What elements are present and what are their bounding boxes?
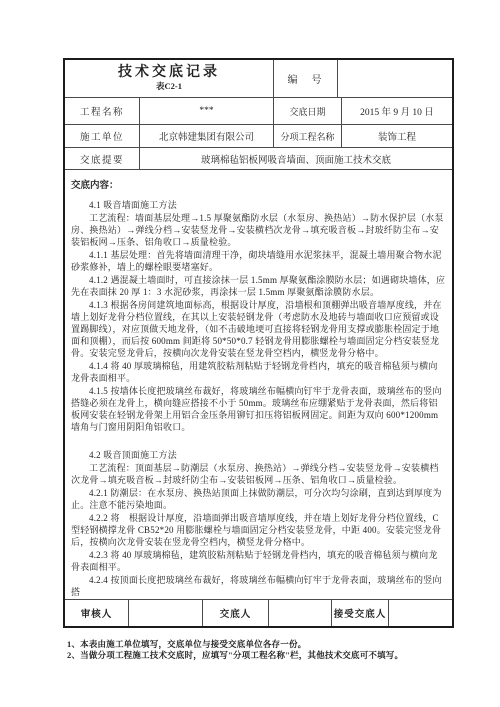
- project-name-value: ***: [140, 98, 274, 124]
- content-body: 4.1 吸音墙面施工方法工艺流程：墙面基层处理→1.5 厚聚氨酯防水层（水泵房、…: [71, 199, 446, 598]
- content-paragraph: 4.1.2 遇混凝土墙面时，可直接涂抹一层 1.5mm 厚聚氨酯涂膜防水层；如遇…: [71, 274, 446, 298]
- content-cell: 交底内容： 4.1 吸音墙面施工方法工艺流程：墙面基层处理→1.5 厚聚氨酯防水…: [65, 170, 452, 599]
- content-paragraph: 4.1.1 基层处理：首先将墙面清理干净，砌块墙缝用水泥浆抹平，混凝土墙用聚合物…: [71, 249, 446, 273]
- signature-row: 审核人 交底人 接受交底人: [65, 600, 452, 626]
- discloser-label: 交底人: [203, 600, 269, 626]
- title-row: 技术交底记录 表C2-1 编 号: [65, 60, 452, 98]
- content-paragraph: 4.2.2 将 根据设计厚度，沿墙面弹出吸音墙厚度线，并在墙上划好龙骨分档位置线…: [71, 512, 446, 548]
- content-paragraph: 4.2 吸音顶面施工方法: [71, 449, 446, 461]
- footnote-line: 2、当做分项工程施工技术交底时，应填写"分项工程名称"栏，其他技术交底可不填写。: [67, 650, 467, 661]
- discloser-signature-cell: [269, 600, 332, 626]
- content-paragraph: 4.2.4 按顶面长度把玻璃丝布裁好，将玻璃丝布幅横向钉牢于龙骨表面，玻璃丝布的…: [71, 574, 446, 598]
- content-paragraph: 4.1.5 按墙体长度把玻璃丝布裁好，将玻璃丝布幅横向钉牢于龙骨表面，玻璃丝布的…: [71, 385, 446, 433]
- content-paragraph: 4.1.3 根据各房间建筑地面标高，根据设计厚度，沿墙根和顶棚弹出吸音墙厚度线，…: [71, 299, 446, 359]
- brief-label: 交底提要: [65, 148, 140, 169]
- receiver-signature-cell: [389, 600, 452, 626]
- receiver-label: 接受交底人: [332, 600, 389, 626]
- reviewer-label: 审核人: [65, 600, 129, 626]
- serial-value: [338, 60, 452, 97]
- content-paragraph: 4.2.1 防潮层：在水泵房、换热站顶面上抹做防潮层，可分次均匀涂刷，直到达到厚…: [71, 487, 446, 511]
- footnotes: 1、本表由施工单位填写，交底单位与接受交底单位各存一份。2、当做分项工程施工技术…: [67, 639, 467, 661]
- brief-row: 交底提要 玻璃棉毡铝板网吸音墙面、顶面施工技术交底: [65, 148, 452, 170]
- sub-project-label: 分项工程名称: [274, 125, 342, 147]
- page-title: 技术交底记录: [118, 66, 220, 81]
- disclosure-record-table: 技术交底记录 表C2-1 编 号 工程名称 *** 交底日期 2015 年 9 …: [63, 58, 454, 628]
- unit-row: 施工单位 北京韩建集团有限公司 分项工程名称 装饰工程: [65, 125, 452, 148]
- disclosure-date-label: 交底日期: [274, 98, 342, 124]
- content-paragraph: 4.1 吸音墙面施工方法: [71, 199, 446, 211]
- content-row: 交底内容： 4.1 吸音墙面施工方法工艺流程：墙面基层处理→1.5 厚聚氨酯防水…: [65, 170, 452, 600]
- construction-unit-value: 北京韩建集团有限公司: [140, 125, 274, 147]
- content-paragraph: 4.2.3 将 40 厚玻璃棉毡，建筑胶粘剂粘贴于轻钢龙骨档内，填充的吸音棉毡须…: [71, 549, 446, 573]
- content-heading: 交底内容：: [71, 177, 446, 191]
- project-name-label: 工程名称: [65, 98, 140, 124]
- content-paragraph: 工艺流程：顶面基层→防潮层（水泵房、换热站）→弹线分档→安装竖龙骨→安装横档次龙…: [71, 462, 446, 486]
- brief-value: 玻璃棉毡铝板网吸音墙面、顶面施工技术交底: [140, 148, 452, 169]
- sub-project-value: 装饰工程: [342, 125, 452, 147]
- content-paragraph: 4.1.4 将 40 厚玻璃棉毡，用建筑胶粘剂粘贴于轻钢龙骨档内，填充的吸音棉毡…: [71, 360, 446, 384]
- content-paragraph: 工艺流程：墙面基层处理→1.5 厚聚氨酯防水层（水泵房、换热站）→防水保护层（水…: [71, 212, 446, 248]
- disclosure-date-value: 2015 年 9 月 10 日: [342, 98, 452, 124]
- serial-label: 编 号: [274, 60, 338, 97]
- title-cell: 技术交底记录 表C2-1: [65, 60, 274, 97]
- footnote-line: 1、本表由施工单位填写，交底单位与接受交底单位各存一份。: [67, 639, 467, 650]
- construction-unit-label: 施工单位: [65, 125, 140, 147]
- project-row: 工程名称 *** 交底日期 2015 年 9 月 10 日: [65, 98, 452, 125]
- form-number: 表C2-1: [156, 82, 182, 91]
- reviewer-signature-cell: [129, 600, 203, 626]
